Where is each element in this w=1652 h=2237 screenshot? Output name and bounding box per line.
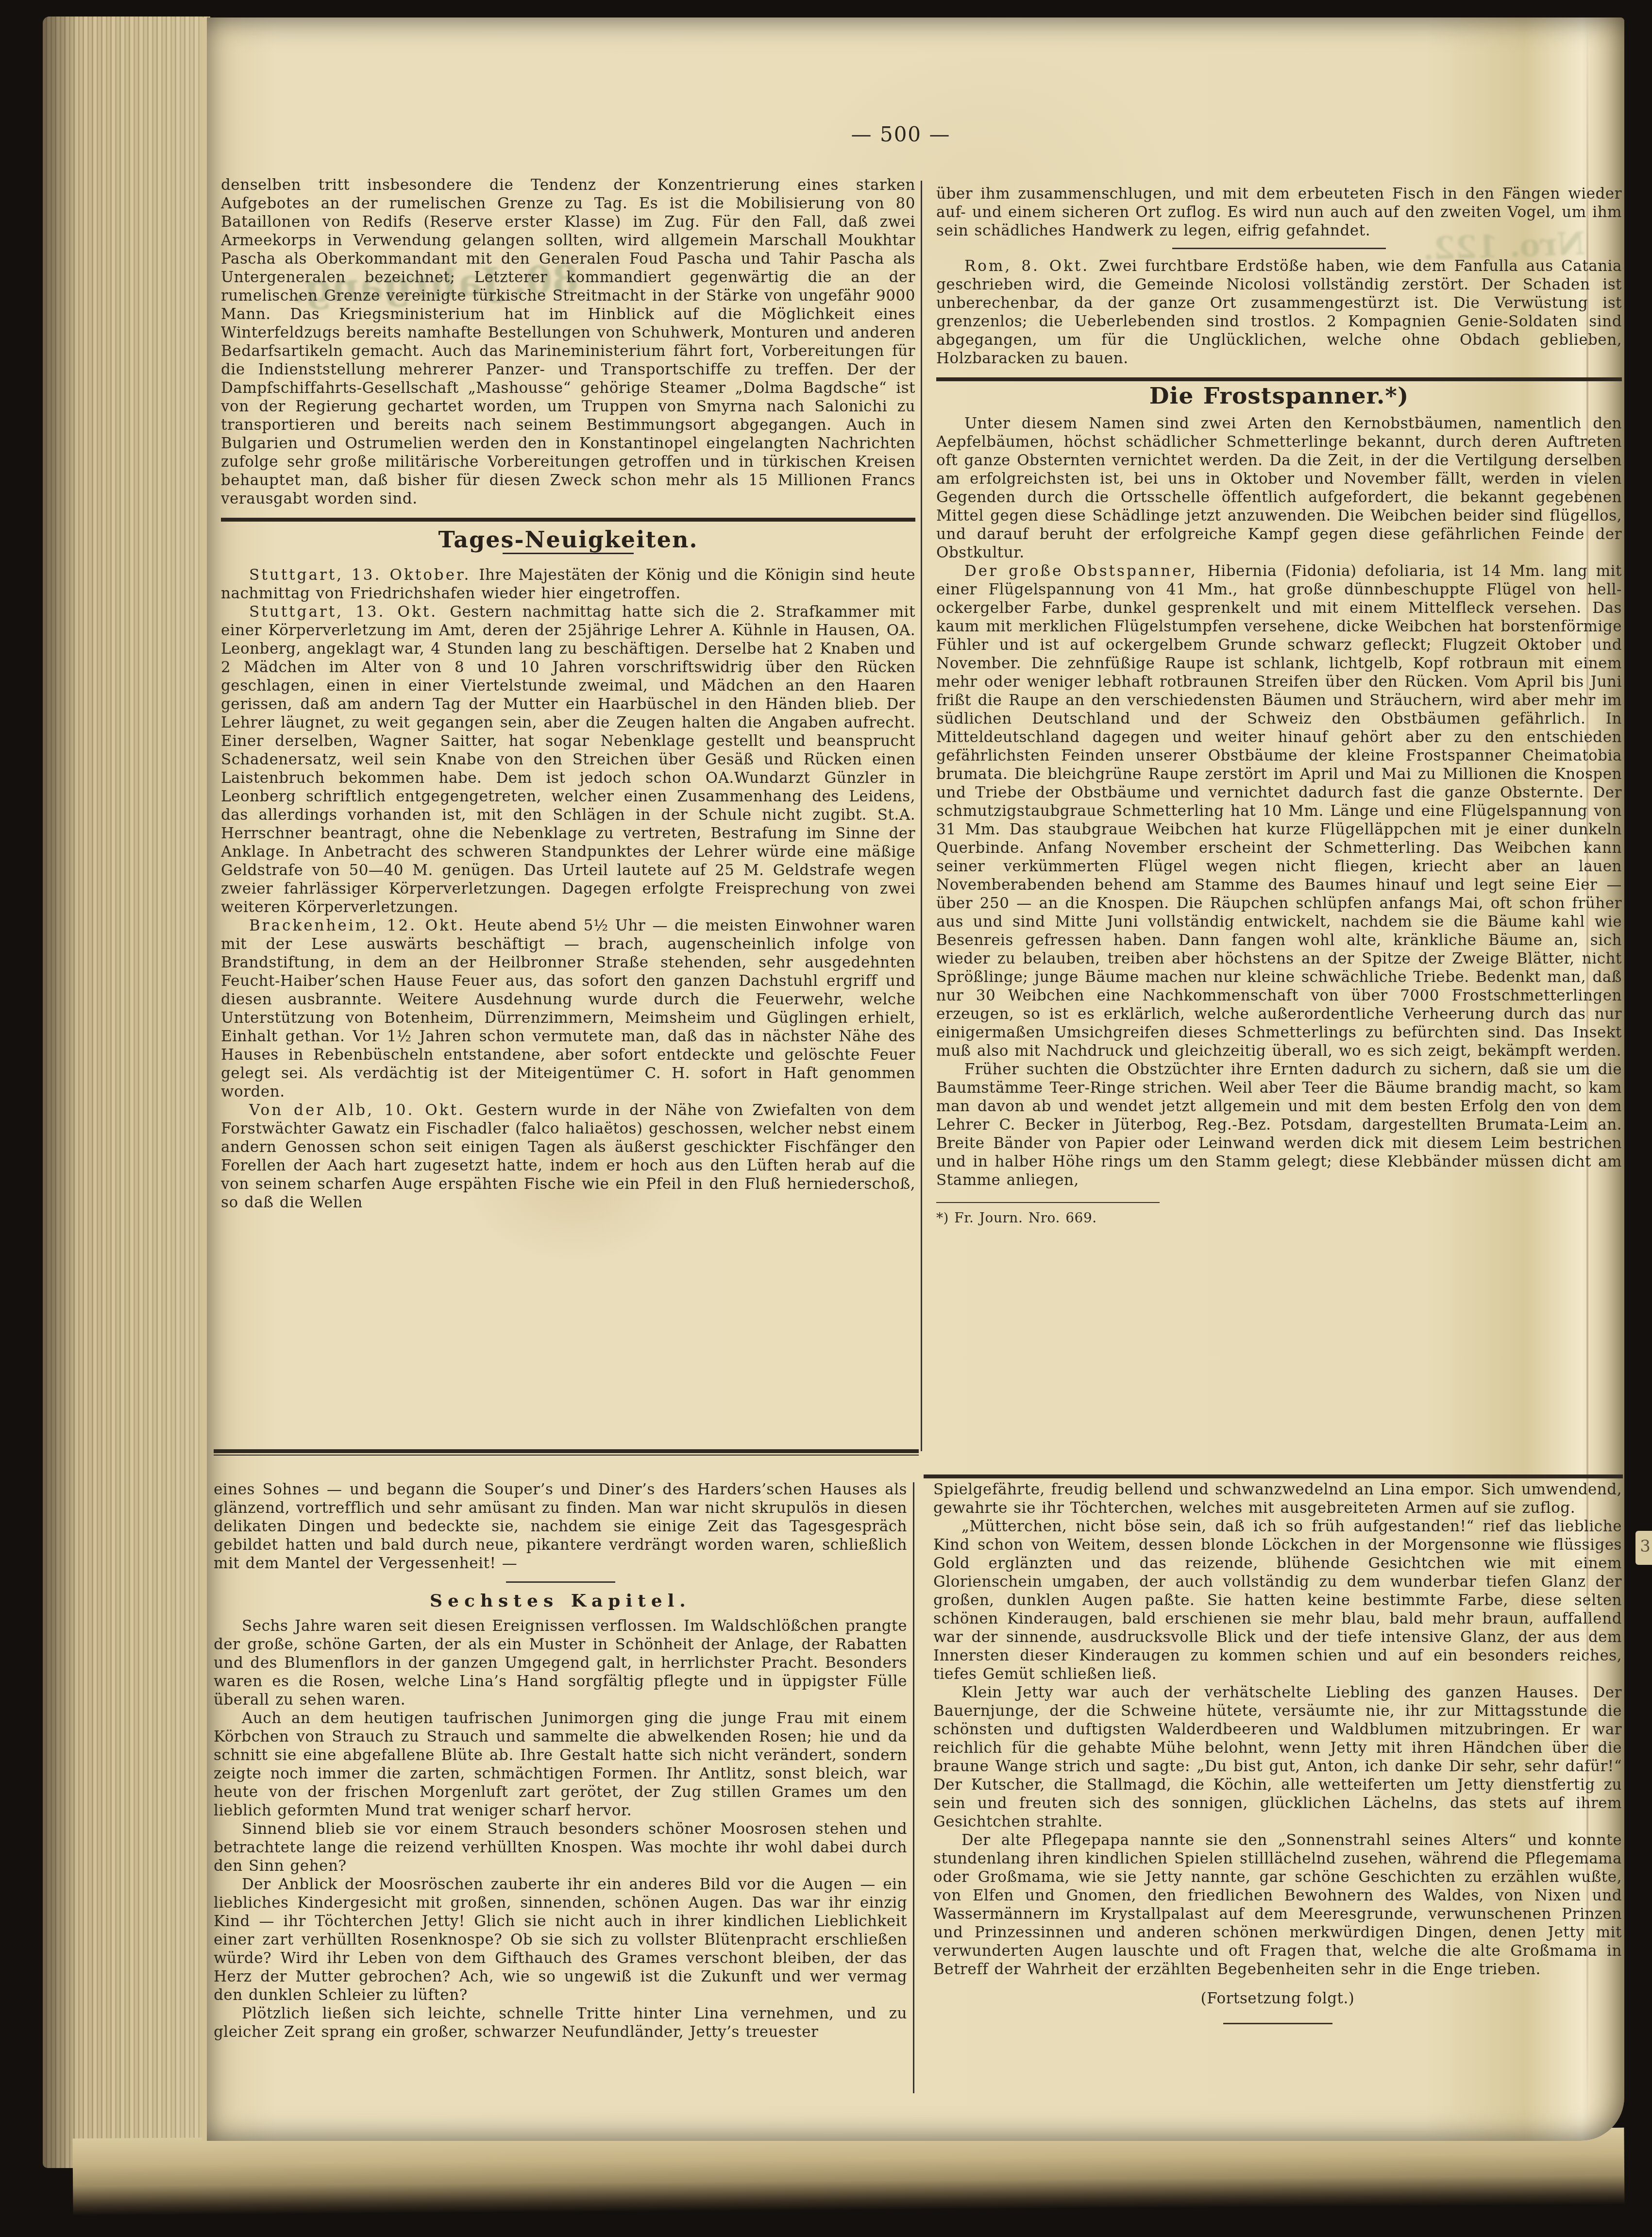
page-number: — 500 — — [755, 122, 1046, 146]
lower-right-column: Spielgefährte, freudig bellend und schwa… — [933, 1480, 1622, 2158]
paragraph: Auch an dem heutigen taufrischen Junimor… — [214, 1709, 907, 1820]
footnote: *) Fr. Journ. Nro. 669. — [936, 1209, 1622, 1227]
end-rule — [1223, 2023, 1332, 2024]
paragraph: über ihm zusammenschlugen, und mit dem e… — [936, 185, 1622, 240]
serial-left-body: Sechs Jahre waren seit diesen Ereignisse… — [214, 1617, 907, 2041]
column-divider-lower — [913, 1482, 914, 2093]
upper-right-column: über ihm zusammenschlugen, und mit dem e… — [936, 185, 1622, 1447]
news-items: Stuttgart, 13. Oktober. Ihre Majestäten … — [221, 566, 915, 1212]
paragraph: Klein Jetty war auch der verhätschelte L… — [933, 1683, 1622, 1831]
upper-left-column: denselben tritt insbesondere die Tendenz… — [221, 176, 915, 1445]
paragraph: Unter diesem Namen sind zwei Arten den K… — [936, 414, 1622, 562]
paragraph-lead: Stuttgart, 13. Okt. — [249, 603, 450, 621]
front-article-continuation: denselben tritt insbesondere die Tendenz… — [221, 176, 915, 508]
section-separator-right — [924, 1474, 1623, 1478]
section-separator-left — [214, 1449, 919, 1453]
paragraph: denselben tritt insbesondere die Tendenz… — [221, 176, 915, 508]
frostspanner-heading: Die Frostspanner.*) — [936, 387, 1622, 406]
rule-below-tages — [503, 553, 634, 554]
paragraph: Rom, 8. Okt. Zwei furchtbare Erdstöße ha… — [936, 257, 1622, 368]
edge-mark: 3 — [1635, 1531, 1652, 1565]
scanned-newspaper-photo: 80. Jahrgang. Nro. 122. — 500 — denselbe… — [0, 0, 1652, 2237]
paragraph: Stuttgart, 13. Okt. Gestern nachmittag h… — [221, 603, 915, 916]
paragraph-lead: Brackenheim, 12. Okt. — [249, 917, 474, 934]
paragraph: Plötzlich ließen sich leichte, schnelle … — [214, 2004, 907, 2041]
rule-above-tages — [221, 518, 915, 522]
paragraph: Stuttgart, 13. Oktober. Ihre Majestäten … — [221, 566, 915, 603]
paragraph: Der Anblick der Moosröschen zauberte ihr… — [214, 1875, 907, 2004]
tages-neuigkeiten-heading: Tages-Neuigkeiten. — [221, 530, 915, 549]
paragraph: Von der Alb, 10. Okt. Gestern wurde in d… — [221, 1101, 915, 1212]
column-divider-upper — [921, 181, 922, 1451]
paragraph: Brackenheim, 12. Okt. Heute abend 5½ Uhr… — [221, 916, 915, 1101]
paragraph: Spielgefährte, freudig bellend und schwa… — [933, 1480, 1622, 1517]
paragraph: Früher suchten die Obstzüchter ihre Ernt… — [936, 1060, 1622, 1189]
paragraph: eines Sohnes — und begann die Souper’s u… — [214, 1480, 907, 1573]
paragraph: Sinnend blieb sie vor einem Strauch beso… — [214, 1820, 907, 1875]
news-continuation: über ihm zusammenschlugen, und mit dem e… — [936, 185, 1622, 240]
rule-above-kapitel — [506, 1581, 615, 1583]
kapitel-heading: Sechstes Kapitel. — [214, 1592, 907, 1610]
book-page-edges-left — [43, 17, 210, 2168]
serial-right-body: Spielgefährte, freudig bellend und schwa… — [933, 1480, 1622, 1979]
paragraph-lead: Der große Obstspanner, — [964, 562, 1208, 580]
rule-above-frostspanner — [936, 377, 1622, 381]
paragraph-lead: Von der Alb, 10. Okt. — [249, 1102, 476, 1119]
paragraph: Der große Obstspanner, Hibernia (Fidonia… — [936, 562, 1622, 1060]
item-separator-rule — [1172, 248, 1386, 249]
paragraph-lead: Stuttgart, 13. Oktober. — [249, 566, 479, 584]
footnote-rule — [936, 1202, 1160, 1203]
frostspanner-article: Unter diesem Namen sind zwei Arten den K… — [936, 414, 1622, 1189]
fortsetzung-folgt: (Fortsetzung folgt.) — [933, 1989, 1622, 2008]
rom-item: Rom, 8. Okt. Zwei furchtbare Erdstöße ha… — [936, 257, 1622, 368]
paragraph: Sechs Jahre waren seit diesen Ereignisse… — [214, 1617, 907, 1709]
lower-left-column: eines Sohnes — und begann die Souper’s u… — [214, 1480, 907, 2112]
paragraph-lead: Rom, 8. Okt. — [964, 257, 1099, 275]
paragraph: Der alte Pflegepapa nannte sie den „Sonn… — [933, 1831, 1622, 1979]
serial-continuation: eines Sohnes — und begann die Souper’s u… — [214, 1480, 907, 1573]
paragraph: „Mütterchen, nicht böse sein, daß ich so… — [933, 1517, 1622, 1683]
